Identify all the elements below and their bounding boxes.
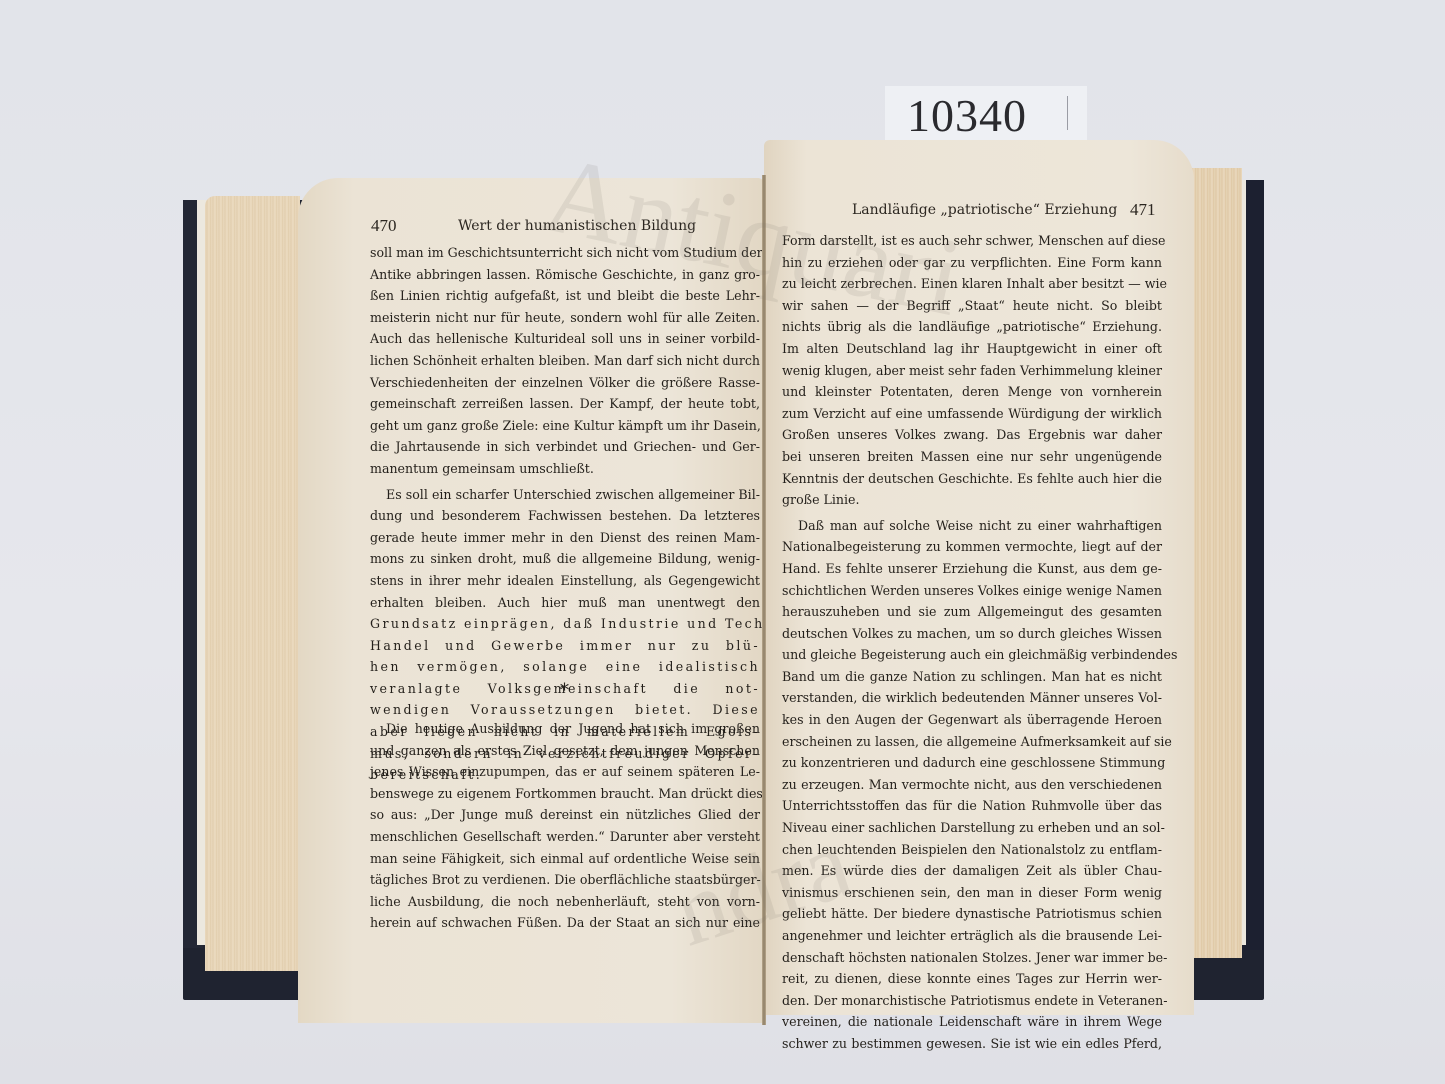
page-number-left: 470: [371, 216, 397, 236]
text-line: Hand. Es fehlte unserer Erziehung die Ku…: [782, 558, 1162, 580]
text-line: und gleiche Begeisterung auch ein gleich…: [782, 644, 1162, 666]
text-line: Im alten Deutschland lag ihr Hauptgewich…: [782, 338, 1162, 360]
page-number-right: 471: [1130, 200, 1156, 220]
text-line: die Jahrtausende in sich verbindet und G…: [370, 436, 760, 458]
catalogue-number: 10340: [907, 90, 1027, 141]
text-line: hen vermögen, solange eine idealistisch: [370, 656, 760, 678]
running-head-left: Wert der humanistischen Bildung: [458, 218, 696, 234]
text-line: wir sahen — der Begriff „Staat“ heute ni…: [782, 295, 1162, 317]
text-line: reit, zu dienen, diese konnte eines Tage…: [782, 968, 1162, 990]
text-line: Großen unseres Volkes zwang. Das Ergebni…: [782, 424, 1162, 446]
text-line: gemeinschaft zerreißen lassen. Der Kampf…: [370, 393, 760, 415]
text-line: liche Ausbildung, die noch nebenherläuft…: [370, 891, 760, 913]
text-line: vereinen, die nationale Leidenschaft wär…: [782, 1011, 1162, 1033]
text-line: erscheinen zu lassen, die allgemeine Auf…: [782, 731, 1162, 753]
book-gutter: [762, 175, 766, 1025]
label-divider: [1067, 96, 1068, 130]
text-line: Handel und Gewerbe immer nur zu blü-: [370, 635, 760, 657]
text-line: tägliches Brot zu verdienen. Die oberflä…: [370, 869, 760, 891]
text-line: Es soll ein scharfer Unterschied zwische…: [370, 484, 760, 506]
text-line: kes in den Augen der Gegenwart als überr…: [782, 709, 1162, 731]
text-line: stens in ihrer mehr idealen Einstellung,…: [370, 570, 760, 592]
text-line: dung und besonderem Fachwissen bestehen.…: [370, 505, 760, 527]
text-line: chen leuchtenden Beispielen den National…: [782, 839, 1162, 861]
text-line: man seine Fähigkeit, sich einmal auf ord…: [370, 848, 760, 870]
text-line: Daß man auf solche Weise nicht zu einer …: [782, 515, 1162, 537]
text-line: herauszuheben und sie zum Allgemeingut d…: [782, 601, 1162, 623]
text-line: deutschen Volkes zu machen, um so durch …: [782, 623, 1162, 645]
text-line: Form darstellt, ist es auch sehr schwer,…: [782, 230, 1162, 252]
section-break-asterisk: *: [560, 680, 569, 701]
text-line: Verschiedenheiten der einzelnen Völker d…: [370, 372, 760, 394]
text-line: bei unseren breiten Massen eine nur sehr…: [782, 446, 1162, 468]
text-line: lichen Schönheit erhalten bleiben. Man d…: [370, 350, 760, 372]
page-block-left: [205, 196, 300, 971]
catalogue-number-label: 10340: [885, 86, 1087, 146]
text-line: soll man im Geschichtsunterricht sich ni…: [370, 242, 760, 264]
text-line: ßen Linien richtig aufgefaßt, ist und bl…: [370, 285, 760, 307]
text-line: zu erzeugen. Man vermochte nicht, aus de…: [782, 774, 1162, 796]
paragraph-2: Daß man auf solche Weise nicht zu einer …: [782, 515, 1162, 1055]
running-head-right: Landläufige „patriotische“ Erziehung: [852, 202, 1117, 218]
text-line: schichtlichen Werden unseres Volkes eini…: [782, 580, 1162, 602]
text-line: und ganzen als erstes Ziel gesetzt, dem …: [370, 740, 760, 762]
text-line: zum Verzicht auf eine umfassende Würdigu…: [782, 403, 1162, 425]
text-line: hin zu erziehen oder gar zu verpflichten…: [782, 252, 1162, 274]
left-page-text-lower: Die heutige Ausbildung der Jugend hat si…: [370, 718, 760, 934]
text-line: Niveau einer sachlichen Darstellung zu e…: [782, 817, 1162, 839]
photo-scene: 10340 470 Wert der humanistischen Bildun…: [0, 0, 1445, 1084]
text-line: so aus: „Der Junge muß dereinst ein nütz…: [370, 804, 760, 826]
text-line: erhalten bleiben. Auch hier muß man unen…: [370, 592, 760, 614]
text-line: men. Es würde dies der damaligen Zeit al…: [782, 860, 1162, 882]
text-line: Band um die ganze Nation zu schlingen. M…: [782, 666, 1162, 688]
text-line: Antike abbringen lassen. Römische Geschi…: [370, 264, 760, 286]
text-line: Kenntnis der deutschen Geschichte. Es fe…: [782, 468, 1162, 490]
left-page: 470 Wert der humanistischen Bildung soll…: [298, 178, 764, 1023]
text-line: gerade heute immer mehr in den Dienst de…: [370, 527, 760, 549]
text-line: angenehmer und leichter erträglich als d…: [782, 925, 1162, 947]
text-line: wenig klugen, aber meist sehr faden Verh…: [782, 360, 1162, 382]
text-line: geht um ganz große Ziele: eine Kultur kä…: [370, 415, 760, 437]
text-line: und kleinster Potentaten, deren Menge vo…: [782, 381, 1162, 403]
text-line: herein auf schwachen Füßen. Da der Staat…: [370, 912, 760, 934]
paragraph-3: Die heutige Ausbildung der Jugend hat si…: [370, 718, 760, 934]
text-line: denschaft höchsten nationalen Stolzes. J…: [782, 947, 1162, 969]
text-line: Auch das hellenische Kulturideal soll un…: [370, 328, 760, 350]
text-line: jenes Wissen einzupumpen, das er auf sei…: [370, 761, 760, 783]
page-block-right: [1190, 168, 1242, 958]
text-line: geliebt hätte. Der biedere dynastische P…: [782, 903, 1162, 925]
text-line: den. Der monarchistische Patriotismus en…: [782, 990, 1162, 1012]
text-line: menschlichen Gesellschaft werden.“ Darun…: [370, 826, 760, 848]
text-line: verstanden, die wirklich bedeutenden Män…: [782, 687, 1162, 709]
text-line: zu leicht zerbrechen. Einen klaren Inhal…: [782, 273, 1162, 295]
text-line: schwer zu bestimmen gewesen. Sie ist wie…: [782, 1033, 1162, 1055]
text-line: Unterrichtsstoffen das für die Nation Ru…: [782, 795, 1162, 817]
text-line: zu konzentrieren und dadurch eine geschl…: [782, 752, 1162, 774]
text-line: mons zu sinken droht, muß die allgemeine…: [370, 548, 760, 570]
text-line: nichts übrig als die landläufige „patrio…: [782, 316, 1162, 338]
left-page-text: soll man im Geschichtsunterricht sich ni…: [370, 242, 760, 786]
text-line: Die heutige Ausbildung der Jugend hat si…: [370, 718, 760, 740]
paragraph-1: Form darstellt, ist es auch sehr schwer,…: [782, 230, 1162, 511]
text-line: manentum gemeinsam umschließt.: [370, 458, 760, 480]
text-line: Grundsatz einprägen, daß Industrie und T…: [370, 613, 760, 635]
text-line: große Linie.: [782, 489, 1162, 511]
text-line: Nationalbegeisterung zu kommen vermochte…: [782, 536, 1162, 558]
text-line: meisterin nicht nur für heute, sondern w…: [370, 307, 760, 329]
text-line: benswege zu eigenem Fortkommen braucht. …: [370, 783, 760, 805]
right-page: Landläufige „patriotische“ Erziehung 471…: [764, 140, 1194, 1015]
text-line: vinismus erschienen sein, den man in die…: [782, 882, 1162, 904]
right-page-text: Form darstellt, ist es auch sehr schwer,…: [782, 230, 1162, 1055]
paragraph-1: soll man im Geschichtsunterricht sich ni…: [370, 242, 760, 480]
